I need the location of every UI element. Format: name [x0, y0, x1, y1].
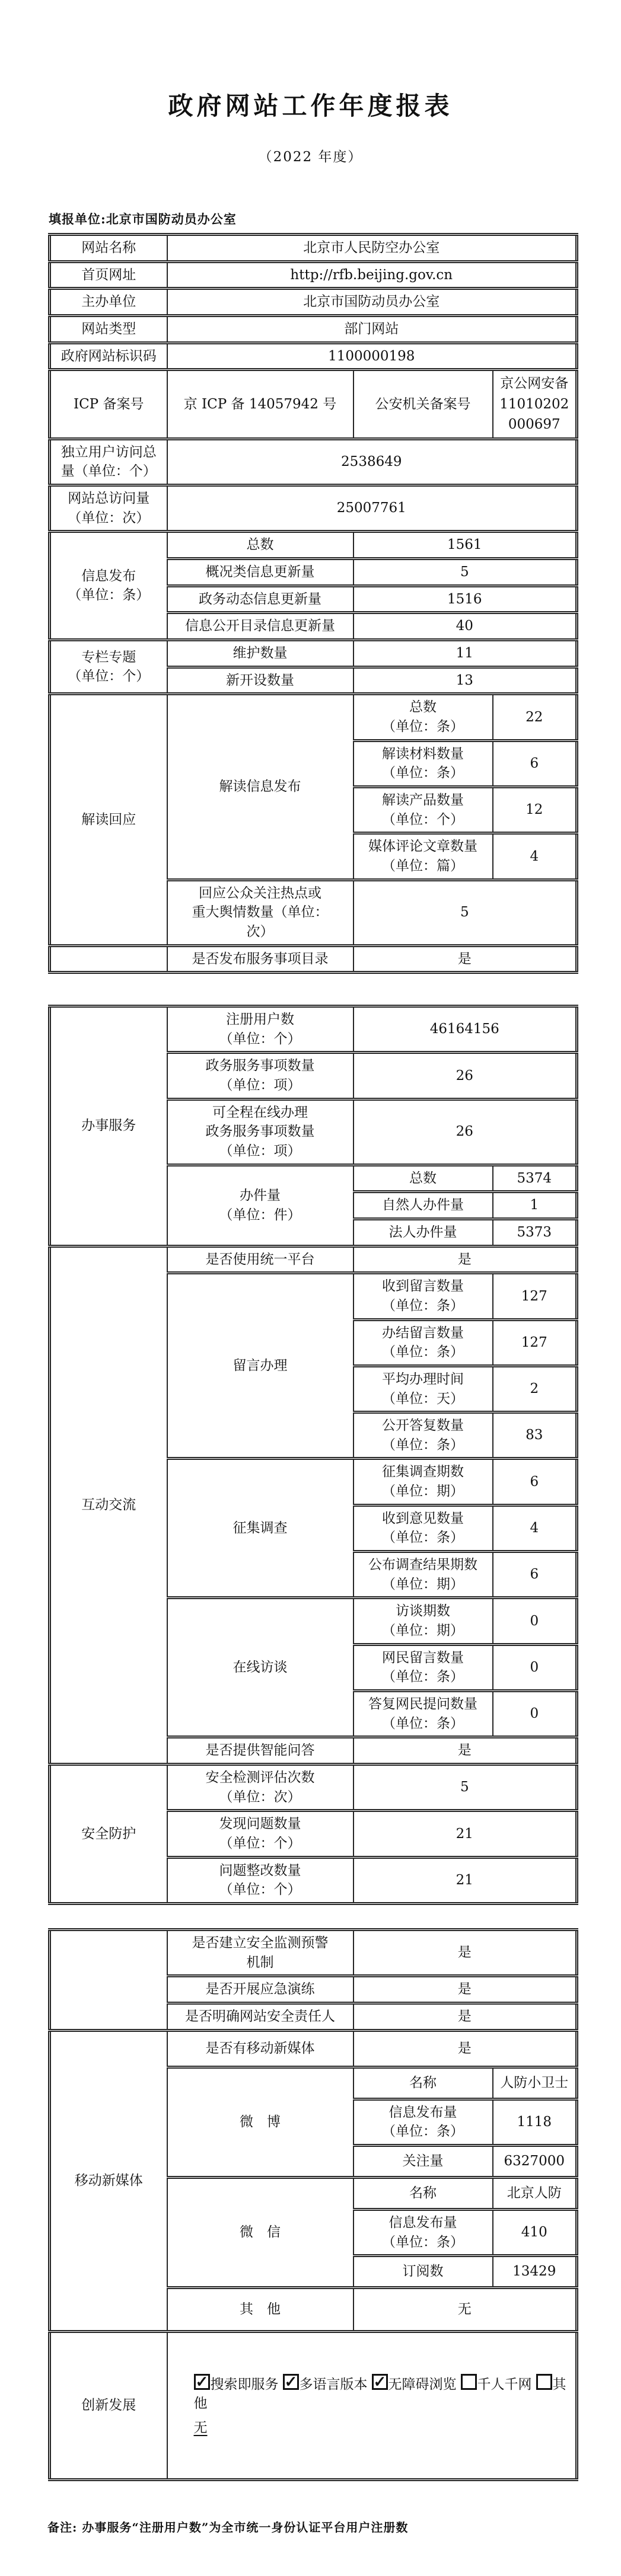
innovation-option-label: 多语言版本 — [300, 2377, 368, 2392]
label-other-media: 其 他 — [167, 2288, 354, 2332]
value-volume-legal: 5373 — [493, 1219, 577, 1246]
value-wechat-posts: 410 — [493, 2209, 577, 2255]
value-interpret-total: 22 — [493, 694, 577, 740]
label-sponsor: 主办单位 — [50, 289, 167, 316]
group-security: 安全防护 — [50, 1765, 167, 1904]
value-total-visits: 25007761 — [167, 485, 577, 532]
value-survey-opinions: 4 — [493, 1505, 577, 1551]
value-interview-msgs: 0 — [493, 1644, 577, 1690]
label-interpret-media: 媒体评论文章数量 （单位：篇） — [354, 833, 493, 880]
label-volume-natural: 自然人办件量 — [354, 1192, 493, 1219]
innovation-option-label: 千人千网 — [477, 2377, 532, 2392]
value-sponsor: 北京市国防动员办公室 — [167, 289, 577, 316]
label-messages-replies: 公开答复数量 （单位：条） — [354, 1412, 493, 1459]
value-wechat-subs: 13429 — [493, 2256, 577, 2288]
value-messages-resolved: 127 — [493, 1319, 577, 1366]
value-volume-natural: 1 — [493, 1192, 577, 1219]
basic-info-table: 网站名称 北京市人民防空办公室 首页网址 http://rfb.beijing.… — [48, 233, 578, 974]
label-info-pub-catalog: 信息公开目录信息更新量 — [167, 613, 354, 640]
group-mobile-media: 移动新媒体 — [50, 2030, 167, 2332]
label-service-catalog-pub: 是否发布服务事项目录 — [167, 945, 354, 973]
reporting-unit: 填报单位:北京市国防动员办公室 — [49, 210, 237, 228]
label-volume-legal: 法人办件量 — [354, 1219, 493, 1246]
label-columns-new: 新开设数量 — [167, 667, 354, 694]
label-info-pub-total: 总数 — [167, 532, 354, 559]
label-messages: 留言办理 — [167, 1273, 354, 1459]
label-emergency-drill: 是否开展应急演练 — [167, 1976, 354, 2003]
checkbox-checked-icon — [372, 2374, 388, 2390]
value-smart-qa: 是 — [354, 1737, 577, 1765]
label-interview-periods: 访谈期数 （单位：期） — [354, 1598, 493, 1644]
value-info-pub-catalog: 40 — [354, 613, 577, 640]
label-survey-opinions: 收到意见数量 （单位：条） — [354, 1505, 493, 1551]
label-weibo: 微 博 — [167, 2067, 354, 2177]
value-security-assess: 5 — [354, 1765, 577, 1811]
value-info-pub-total: 1561 — [354, 532, 577, 559]
label-interview-msgs: 网民留言数量 （单位：条） — [354, 1644, 493, 1690]
group-empty-security-cont — [50, 1930, 167, 2031]
value-info-pub-dynamic: 1516 — [354, 586, 577, 613]
value-has-mobile-media: 是 — [354, 2030, 577, 2067]
value-online-items: 26 — [354, 1099, 577, 1165]
label-online-items: 可全程在线办理 政务服务事项数量 （单位：项） — [167, 1099, 354, 1165]
page-subtitle: （2022 年度） — [0, 146, 621, 165]
value-reg-users: 46164156 — [354, 1006, 577, 1053]
label-survey-results: 公布调查结果期数 （单位：期） — [354, 1552, 493, 1598]
value-messages-received: 127 — [493, 1273, 577, 1319]
checkbox-unchecked-icon — [536, 2374, 552, 2390]
label-unique-visitors: 独立用户访问总量（单位：个） — [50, 439, 167, 485]
innovation-options-cell: 搜索即服务多语言版本无障碍浏览千人千网其他 无 — [167, 2332, 577, 2480]
label-info-pub-overview: 概况类信息更新量 — [167, 559, 354, 586]
label-site-type: 网站类型 — [50, 315, 167, 343]
label-wechat-subs: 订阅数 — [354, 2256, 493, 2288]
value-interview-periods: 0 — [493, 1598, 577, 1644]
label-interview-replies: 答复网民提问数量 （单位：条） — [354, 1691, 493, 1737]
label-interpret-hotspot: 回应公众关注热点或 重大舆情数量（单位： 次） — [167, 880, 354, 945]
footnote: 备注: 办事服务“注册用户数”为全市统一身份认证平台用户注册数 — [47, 2518, 408, 2535]
label-columns-maintained: 维护数量 — [167, 640, 354, 667]
value-messages-replies: 83 — [493, 1412, 577, 1459]
group-interpret: 解读回应 — [50, 694, 167, 945]
value-home-url: http://rfb.beijing.gov.cn — [167, 261, 577, 289]
value-columns-maintained: 11 — [354, 640, 577, 667]
service-interaction-table: 办事服务 注册用户数 （单位：个） 46164156 政务服务事项数量 （单位：… — [48, 1005, 578, 1905]
value-police-record: 京公网安备11010202000697 — [493, 370, 577, 439]
label-security-assess: 安全检测评估次数 （单位：次） — [167, 1765, 354, 1811]
label-site-name: 网站名称 — [50, 235, 167, 262]
value-site-name: 北京市人民防空办公室 — [167, 235, 577, 262]
value-site-code: 1100000198 — [167, 343, 577, 370]
label-monitor-warning: 是否建立安全监测预警 机制 — [167, 1930, 354, 1976]
value-weibo-followers: 6327000 — [493, 2145, 577, 2177]
label-security-fixed: 问题整改数量 （单位：个） — [167, 1857, 354, 1903]
label-police-record: 公安机关备案号 — [354, 370, 493, 439]
value-interpret-media: 4 — [493, 833, 577, 880]
value-site-type: 部门网站 — [167, 315, 577, 343]
label-wechat-posts: 信息发布量 （单位：条） — [354, 2209, 493, 2255]
group-info-pub: 信息发布 （单位：条） — [50, 532, 167, 640]
value-unified-platform: 是 — [354, 1246, 577, 1273]
label-survey: 征集调查 — [167, 1459, 354, 1598]
report-page: 政府网站工作年度报表 （2022 年度） 填报单位:北京市国防动员办公室 网站名… — [0, 0, 621, 2576]
label-total-visits: 网站总访问量（单位：次） — [50, 485, 167, 532]
label-site-code: 政府网站标识码 — [50, 343, 167, 370]
innovation-other-value: 无 — [194, 2418, 208, 2438]
label-interview: 在线访谈 — [167, 1598, 354, 1737]
value-interpret-hotspot: 5 — [354, 880, 577, 945]
group-service: 办事服务 — [50, 1006, 167, 1247]
label-interpret-total: 总数 （单位：条） — [354, 694, 493, 740]
checkbox-checked-icon — [194, 2374, 210, 2390]
value-interpret-material: 6 — [493, 740, 577, 787]
value-service-items: 26 — [354, 1053, 577, 1099]
label-icp: ICP 备案号 — [50, 370, 167, 439]
group-columns: 专栏专题 （单位：个） — [50, 640, 167, 694]
page-title: 政府网站工作年度报表 — [0, 87, 621, 122]
label-security-found: 发现问题数量 （单位：个） — [167, 1811, 354, 1857]
label-interpret-product: 解读产品数量 （单位：个） — [354, 787, 493, 833]
value-weibo-name: 人防小卫士 — [493, 2067, 577, 2099]
group-empty-spacer — [50, 945, 167, 973]
label-smart-qa: 是否提供智能问答 — [167, 1737, 354, 1765]
label-volume: 办件量 （单位：件） — [167, 1165, 354, 1246]
checkbox-unchecked-icon — [461, 2374, 477, 2390]
innovation-option-label: 搜索即服务 — [211, 2377, 279, 2392]
checkbox-checked-icon — [283, 2374, 299, 2390]
label-interpret-pub: 解读信息发布 — [167, 694, 354, 880]
label-wechat-name: 名称 — [354, 2177, 493, 2209]
newmedia-innovation-table: 是否建立安全监测预警 机制 是 是否开展应急演练 是 是否明确网站安全责任人 是… — [48, 1928, 578, 2481]
label-interpret-material: 解读材料数量 （单位：条） — [354, 740, 493, 787]
value-messages-avg-days: 2 — [493, 1366, 577, 1412]
label-messages-avg-days: 平均办理时间 （单位：天） — [354, 1366, 493, 1412]
label-messages-received: 收到留言数量 （单位：条） — [354, 1273, 493, 1319]
label-has-mobile-media: 是否有移动新媒体 — [167, 2030, 354, 2067]
value-survey-periods: 6 — [493, 1459, 577, 1505]
label-security-owner: 是否明确网站安全责任人 — [167, 2003, 354, 2030]
value-weibo-posts: 1118 — [493, 2099, 577, 2145]
label-home-url: 首页网址 — [50, 261, 167, 289]
value-unique-visitors: 2538649 — [167, 439, 577, 485]
label-weibo-posts: 信息发布量 （单位：条） — [354, 2099, 493, 2145]
innovation-option-label: 无障碍浏览 — [388, 2377, 457, 2392]
value-security-fixed: 21 — [354, 1857, 577, 1903]
value-volume-total: 5374 — [493, 1165, 577, 1192]
value-wechat-name: 北京人防 — [493, 2177, 577, 2209]
label-service-items: 政务服务事项数量 （单位：项） — [167, 1053, 354, 1099]
value-monitor-warning: 是 — [354, 1930, 577, 1976]
value-interview-replies: 0 — [493, 1691, 577, 1737]
group-interact: 互动交流 — [50, 1246, 167, 1764]
label-info-pub-dynamic: 政务动态信息更新量 — [167, 586, 354, 613]
label-weibo-name: 名称 — [354, 2067, 493, 2099]
value-info-pub-overview: 5 — [354, 559, 577, 586]
value-survey-results: 6 — [493, 1552, 577, 1598]
label-wechat: 微 信 — [167, 2177, 354, 2287]
label-volume-total: 总数 — [354, 1165, 493, 1192]
label-unified-platform: 是否使用统一平台 — [167, 1246, 354, 1273]
value-other-media: 无 — [354, 2288, 577, 2332]
value-icp: 京 ICP 备 14057942 号 — [167, 370, 354, 439]
value-columns-new: 13 — [354, 667, 577, 694]
value-security-found: 21 — [354, 1811, 577, 1857]
label-survey-periods: 征集调查期数 （单位：期） — [354, 1459, 493, 1505]
value-security-owner: 是 — [354, 2003, 577, 2030]
group-innovation: 创新发展 — [50, 2332, 167, 2480]
value-interpret-product: 12 — [493, 787, 577, 833]
value-service-catalog-pub: 是 — [354, 945, 577, 973]
value-emergency-drill: 是 — [354, 1976, 577, 2003]
label-messages-resolved: 办结留言数量 （单位：条） — [354, 1319, 493, 1366]
label-reg-users: 注册用户数 （单位：个） — [167, 1006, 354, 1053]
label-weibo-followers: 关注量 — [354, 2145, 493, 2177]
